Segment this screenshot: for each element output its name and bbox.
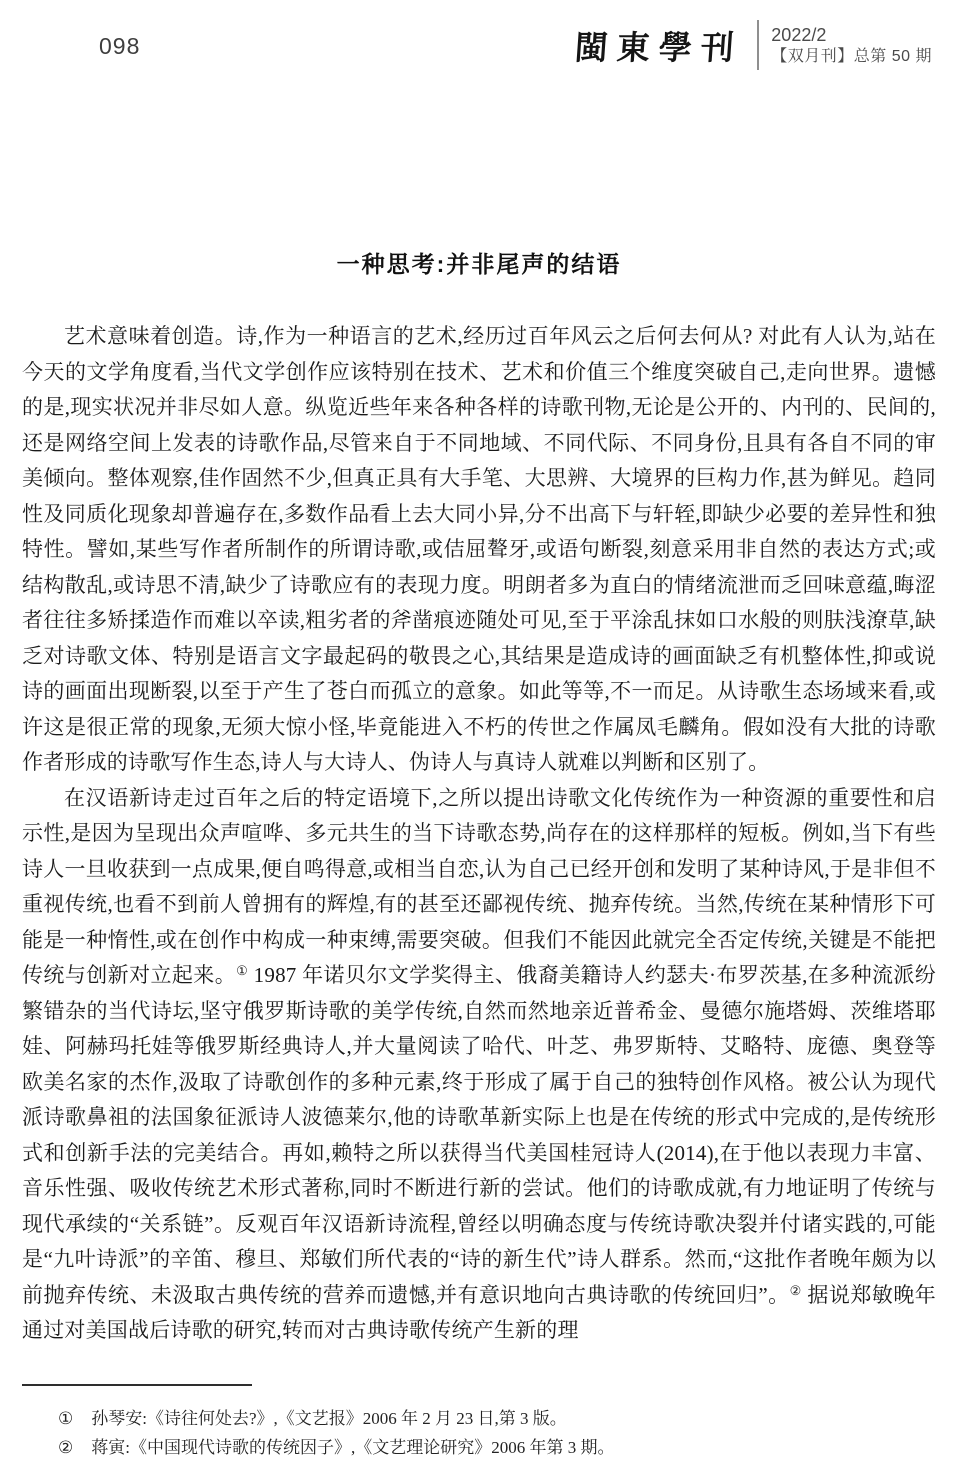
footnote-ref-1: ① <box>236 963 248 978</box>
section-heading: 一种思考:并非尾声的结语 <box>0 246 958 279</box>
footnote-marker: ② <box>58 1433 73 1462</box>
footnote-text: 蒋寅:《中国现代诗歌的传统因子》,《文艺理论研究》2006 年第 3 期。 <box>91 1433 936 1462</box>
footnote-list: ① 孙琴安:《诗往何处去?》,《文艺报》2006 年 2 月 23 日,第 3 … <box>22 1404 936 1462</box>
journal-title: 閩東學刊 <box>574 22 745 69</box>
footnote-text: 孙琴安:《诗往何处去?》,《文艺报》2006 年 2 月 23 日,第 3 版。 <box>91 1404 936 1433</box>
issue-info: 2022/2 【双月刊】总第 50 期 <box>771 24 932 67</box>
paragraph-2-text: 在汉语新诗走过百年之后的特定语境下,之所以提出诗歌文化传统作为一种资源的重要性和… <box>22 786 936 988</box>
paragraph-1: 艺术意味着创造。诗,作为一种语言的艺术,经历过百年风云之后何去何从? 对此有人认… <box>22 319 936 781</box>
footnote-item: ① 孙琴安:《诗往何处去?》,《文艺报》2006 年 2 月 23 日,第 3 … <box>22 1404 936 1433</box>
footnote-item: ② 蒋寅:《中国现代诗歌的传统因子》,《文艺理论研究》2006 年第 3 期。 <box>22 1433 936 1462</box>
issue-frequency-volume: 【双月刊】总第 50 期 <box>771 46 932 67</box>
masthead-divider <box>757 20 759 70</box>
paragraph-2: 在汉语新诗走过百年之后的特定语境下,之所以提出诗歌文化传统作为一种资源的重要性和… <box>22 781 936 1349</box>
journal-masthead: 閩東學刊 2022/2 【双月刊】总第 50 期 <box>575 20 932 70</box>
footnote-marker: ① <box>58 1404 73 1433</box>
page-number: 098 <box>99 33 140 60</box>
footnote-divider <box>22 1384 252 1386</box>
article-body: 艺术意味着创造。诗,作为一种语言的艺术,经历过百年风云之后何去何从? 对此有人认… <box>22 319 936 1349</box>
footnote-ref-2: ② <box>790 1283 802 1298</box>
paragraph-2-text: 1987 年诺贝尔文学奖得主、俄裔美籍诗人约瑟夫·布罗茨基,在多种流派纷繁错杂的… <box>22 963 936 1307</box>
issue-year-number: 2022/2 <box>771 24 932 46</box>
